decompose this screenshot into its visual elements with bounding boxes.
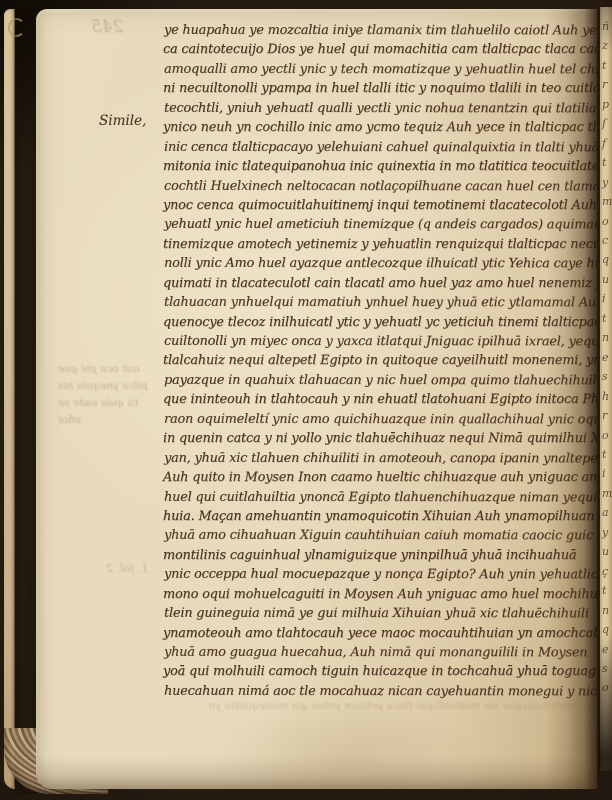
manuscript-line: mono oqui mohuelcaguiti in Moysen Auh yn… (163, 585, 597, 604)
manuscript-line: ca caintotecuijo Dios ye huel qui momach… (163, 40, 597, 59)
manuscript-line: in quenin catca y ni yollo ynic tlahuēch… (163, 429, 597, 448)
manuscript-line: ynoc cenca quimocuitlahuitinemj inqui te… (163, 196, 597, 215)
manuscript-line: yan, yhuā xic tlahuen chihuiliti in amot… (164, 448, 597, 468)
manuscript-line: inic cenca tlalticpacayo yelehuiani cahu… (164, 137, 597, 157)
manuscript-line: tlalcahuiz nequi altepetl Egipto in quit… (163, 351, 597, 370)
facing-page-sliver: ñ z t r p ſ f t y m o c q u i t n e s h … (599, 7, 612, 771)
manuscript-line: tlein guineguia nimā ye gui milhuia Xihu… (164, 604, 597, 624)
manuscript-line: quenocye tlecoz inilhuicatl ytic y yehua… (163, 313, 597, 332)
manuscript-line: raon oquimeleltí ynic amo quichihuazque … (164, 409, 597, 429)
manuscript-line: huia. Maçan amehuantin ynamoquicotin Xih… (163, 507, 597, 526)
manuscript-line: tecochtli, yniuh yehuatl qualli yectli y… (164, 98, 597, 118)
manuscript-line: nolli ynic Amo huel ayazque antlecozque … (164, 254, 597, 274)
show-through-text-line: qui mochihuazque nic motlatilique tlaca … (164, 700, 597, 712)
manuscript-line: tinemizque amotech yetinemiz y yehuatlin… (163, 235, 597, 254)
show-through-marginalia: aut oca yni gue pilca ynequia nis tu qui… (58, 361, 168, 429)
manuscript-line: yhuā amo cihuahuan Xiguin cauhtihuian ca… (164, 526, 597, 546)
manuscript-page: Simile, 245 aut oca yni gue pilca ynequi… (36, 9, 597, 789)
sliver-fade (599, 7, 612, 771)
manuscript-line: montilinis caguinhual ylnamiguizque ynin… (163, 546, 597, 565)
manuscript-line: huel qui cuitlahuiltia ynoncā Egipto tla… (164, 487, 597, 507)
manuscript-line: ynico neuh yn cochillo inic amo ycmo teq… (163, 118, 597, 137)
manuscript-line: ynic occeppa hual mocuepazque y nonça Eg… (164, 565, 597, 585)
margin-note: Simile, (99, 113, 146, 129)
manuscript-line: yoā qui molhuili camoch tiguin huicazque… (163, 662, 597, 681)
page-bottom-shade (36, 755, 597, 789)
manuscript-line: Auh quito in Moysen Inon caamo hueltic c… (163, 468, 597, 487)
fore-edge-page-stack (14, 5, 38, 794)
manuscript-line: ni necuiltonolli ypampa in huel tlalli i… (163, 79, 597, 98)
manuscript-line: mitonia inic tlatequipanohua inic quinex… (163, 157, 597, 176)
manuscript-line: ynamoteouh amo tlahtocauh yece maoc moca… (163, 624, 597, 643)
manuscript-line: yhuā amo guagua huecahua, Auh nimā qui m… (164, 643, 597, 663)
manuscript-photo: Simile, 245 aut oca yni gue pilca ynequi… (0, 0, 612, 800)
manuscript-line: ye huapahua ye mozcaltia iniye tlamanix … (164, 21, 597, 41)
manuscript-line: que ininteouh in tlahtocauh y nin ehuatl… (163, 390, 597, 409)
manuscript-line: cochtli Huelxinech neltocacan notlaçopil… (164, 176, 597, 196)
manuscript-line: huecahuan nimá aoc tle mocahuaz nican ca… (164, 682, 597, 702)
manuscript-line: cuiltonolli yn miyec onca y yaxca itlatq… (164, 332, 597, 352)
manuscript-line: tlahuacan ynhuelqui mamatiuh ynhuel huey… (164, 293, 597, 313)
manuscript-line: quimati in tlacateculotl cain tlacatl am… (163, 274, 597, 293)
show-through-citation: 1. ſol. 2 (106, 562, 148, 575)
manuscript-line: payazque in quahuix tlahuacan y nic huel… (164, 371, 597, 391)
manuscript-line: yehuatl ynic huel ameticiuh tinemizque (… (164, 215, 597, 235)
text-block: ye huapahua ye mozcaltia iniye tlamanix … (163, 21, 597, 701)
manuscript-line: amoqualli amo yectli ynic y tech momatiz… (164, 60, 597, 80)
show-through-folio-number: 245 (91, 17, 123, 37)
